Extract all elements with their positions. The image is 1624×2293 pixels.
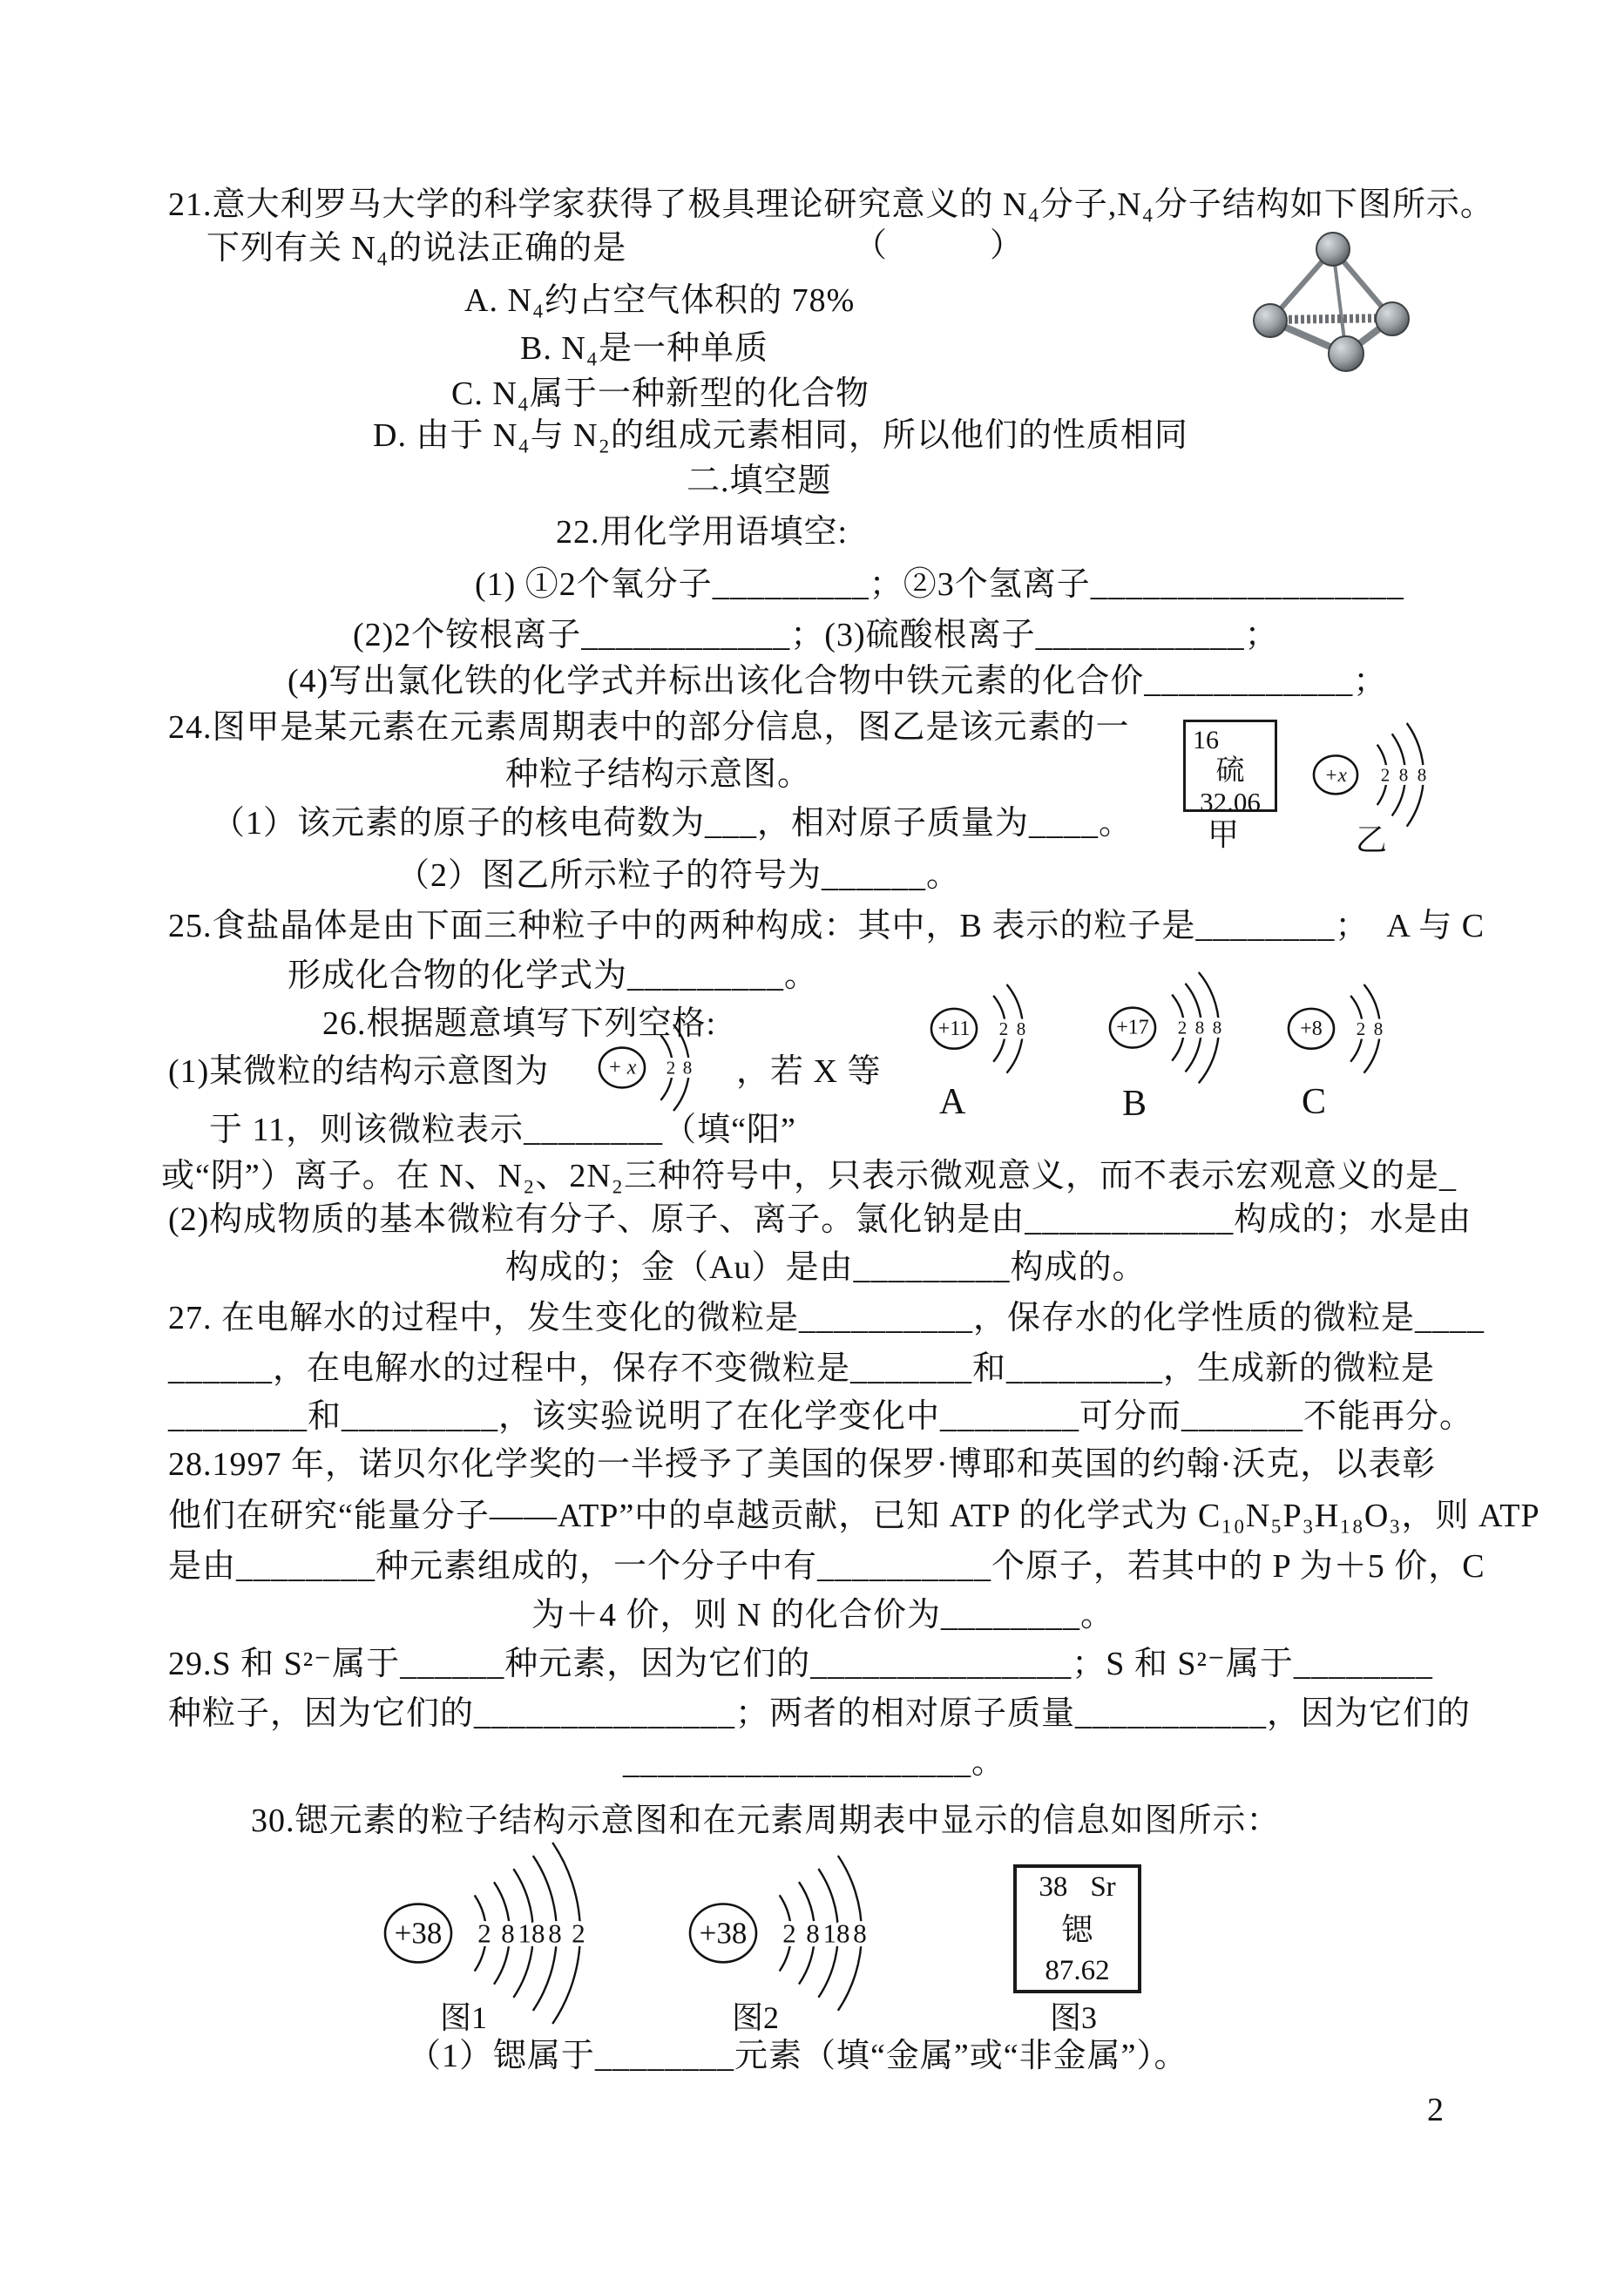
q26-item2-line2: 构成的；金（Au）是由_________构成的。 (505, 1247, 1146, 1289)
q24-item1: （1）该元素的原子的核电荷数为___，相对原子质量为____。 (212, 802, 1133, 844)
svg-text:+x: +x (1324, 764, 1348, 786)
q26-item1-line2: 于 11，则该微粒表示________（填“阳” (209, 1109, 796, 1151)
q24-label-yi: 乙 (1356, 822, 1387, 857)
q29-line2: 种粒子，因为它们的_______________；两者的相对原子质量______… (168, 1693, 1471, 1735)
svg-text:8: 8 (853, 1918, 867, 1948)
q25-atom-b: +17288 (1106, 965, 1229, 1095)
q28-line2: 他们在研究“能量分子——ATP”中的卓越贡献，已知 ATP 的化学式为 C₁₀N… (168, 1495, 1540, 1537)
q27-line1: 27. 在电解水的过程中，发生变化的微粒是__________，保存水的化学性质… (168, 1297, 1485, 1339)
svg-text:8: 8 (1195, 1018, 1205, 1038)
svg-text:2: 2 (572, 1918, 585, 1949)
svg-text:18: 18 (823, 1918, 850, 1948)
q24-stem-line2: 种粒子结构示意图。 (505, 754, 811, 795)
element-number-symbol: 38Sr (1024, 1871, 1131, 1904)
svg-text:8: 8 (1374, 1018, 1384, 1039)
svg-text:8: 8 (501, 1918, 515, 1949)
element-name: 锶 (1024, 1914, 1131, 1945)
q21-option-c: C. N₄属于一种新型的化合物 (451, 373, 870, 415)
svg-text:8: 8 (1418, 764, 1427, 785)
q24-periodic-cell-sulfur: 16硫32.06 (1183, 720, 1277, 812)
q22-line2: (2)2个铵根离子____________；(3)硫酸根离子__________… (353, 614, 1279, 656)
svg-text:18: 18 (518, 1918, 545, 1949)
q25-stem-line2: 形成化合物的化学式为_________。 (288, 955, 818, 997)
q25-atom-c: +828 (1285, 977, 1391, 1085)
q27-line2: ______，在电解水的过程中，保存不变微粒是_______和_________… (168, 1348, 1435, 1390)
q21-option-a: A. N₄约占空气体积的 78% (464, 280, 855, 321)
element-name: 硫 (1193, 755, 1268, 787)
svg-text:2: 2 (667, 1057, 676, 1078)
q22-line3: (4)写出氯化铁的化学式并标出该化合物中铁元素的化合价____________； (288, 660, 1387, 702)
svg-text:+8: +8 (1300, 1018, 1323, 1040)
q21-option-b: B. N₄是一种单质 (520, 328, 768, 369)
svg-text:8: 8 (1017, 1018, 1026, 1039)
q24-stem-line1: 24.图甲是某元素在元素周期表中的部分信息，图乙是该元素的一 (168, 707, 1130, 748)
svg-text:2: 2 (782, 1918, 796, 1948)
n4-molecule-figure (1246, 223, 1420, 389)
q25-label-c: C (1302, 1085, 1326, 1119)
q22-title: 22.用化学用语填空: (556, 511, 848, 553)
q30-periodic-cell-strontium: 38Sr锶87.62 (1013, 1864, 1141, 1993)
svg-text:2: 2 (1178, 1018, 1188, 1038)
svg-text:2: 2 (477, 1918, 491, 1949)
q28-line4: 为＋4 价，则 N 的化合价为________。 (531, 1594, 1114, 1636)
q29-line1: 29.S 和 S²⁻属于______种元素，因为它们的_____________… (168, 1643, 1433, 1685)
q30-fig3-label: 图3 (1050, 2000, 1097, 2035)
q26-item1-line3: 或“阴”）离子。在 N、N₂、2N₂三种符号中，只表示微观意义，而不表示宏观意义… (161, 1155, 1457, 1197)
q27-line3: ________和_________，该实验说明了在化学变化中________可… (168, 1396, 1473, 1437)
svg-text:2: 2 (1357, 1018, 1366, 1039)
q28-line1: 28.1997 年，诺贝尔化学奖的一半授予了美国的保罗·博耶和英国的约翰·沃克，… (168, 1444, 1436, 1485)
svg-text:2: 2 (1381, 764, 1391, 785)
q30-item1: （1）锶属于________元素（填“金属”或“非金属”）。 (408, 2035, 1188, 2077)
exam-page: 21.意大利罗马大学的科学家获得了极具理论研究意义的 N₄分子,N₄分子结构如下… (0, 0, 1624, 2293)
element-number-symbol: 16 (1193, 726, 1268, 755)
svg-text:+ x: + x (608, 1056, 637, 1079)
q26-item1-text-pre: (1)某微粒的结构示意图为 (168, 1051, 549, 1092)
svg-text:+17: +17 (1116, 1017, 1149, 1039)
q25-label-b: B (1122, 1086, 1147, 1121)
svg-text:+38: +38 (700, 1916, 748, 1950)
svg-text:8: 8 (806, 1918, 820, 1948)
svg-text:8: 8 (683, 1057, 693, 1078)
q21-stem-line1: 21.意大利罗马大学的科学家获得了极具理论研究意义的 N₄分子,N₄分子结构如下… (168, 184, 1494, 226)
q25-label-a: A (939, 1085, 965, 1119)
q21-stem-line2: 下列有关 N₄的说法正确的是 (206, 227, 626, 269)
q21-option-d: D. 由于 N₄与 N₂的组成元素相同，所以他们的性质相同 (373, 415, 1188, 457)
q24-item2: （2）图乙所示粒子的符号为______。 (396, 855, 960, 896)
q28-line3: 是由________种元素组成的，一个分子中有__________个原子，若其中… (168, 1546, 1485, 1587)
svg-text:8: 8 (548, 1918, 562, 1949)
page-number: 2 (1427, 2091, 1444, 2129)
section-2-title: 二.填空题 (687, 460, 832, 502)
element-mass: 32.06 (1193, 787, 1268, 817)
svg-text:+38: +38 (395, 1917, 443, 1951)
element-mass: 87.62 (1024, 1956, 1131, 1986)
q29-line3: ____________________。 (623, 1742, 1005, 1783)
q25-stem-line1: 25.食盐晶体是由下面三种粒子中的两种构成：其中，B 表示的粒子是_______… (168, 905, 1485, 947)
q30-fig2-atom: +3828188 (687, 1849, 872, 2022)
q26-item1-text-post: ，若 X 等 (736, 1051, 881, 1092)
q25-atom-a: +1128 (928, 977, 1033, 1085)
svg-text:8: 8 (1399, 764, 1409, 785)
q30-fig2-label: 图2 (732, 2000, 779, 2035)
svg-text:2: 2 (999, 1018, 1009, 1039)
q30-fig1-label: 图1 (440, 2000, 487, 2035)
q24-label-jia: 甲 (1208, 817, 1239, 852)
q26-item2-line1: (2)构成物质的基本微粒有分子、原子、离子。氯化钠是由____________构… (168, 1199, 1472, 1241)
svg-text:8: 8 (1213, 1018, 1222, 1038)
svg-text:+11: +11 (938, 1018, 971, 1040)
q22-line1: (1) ①2个氧分子_________；②3个氢离子______________… (475, 564, 1404, 605)
q24-atom-diagram-yi: +x288 (1310, 716, 1434, 838)
q26-particle-diagram: + x28 (596, 1018, 700, 1122)
q21-answer-parentheses: （ ） (854, 225, 1024, 267)
